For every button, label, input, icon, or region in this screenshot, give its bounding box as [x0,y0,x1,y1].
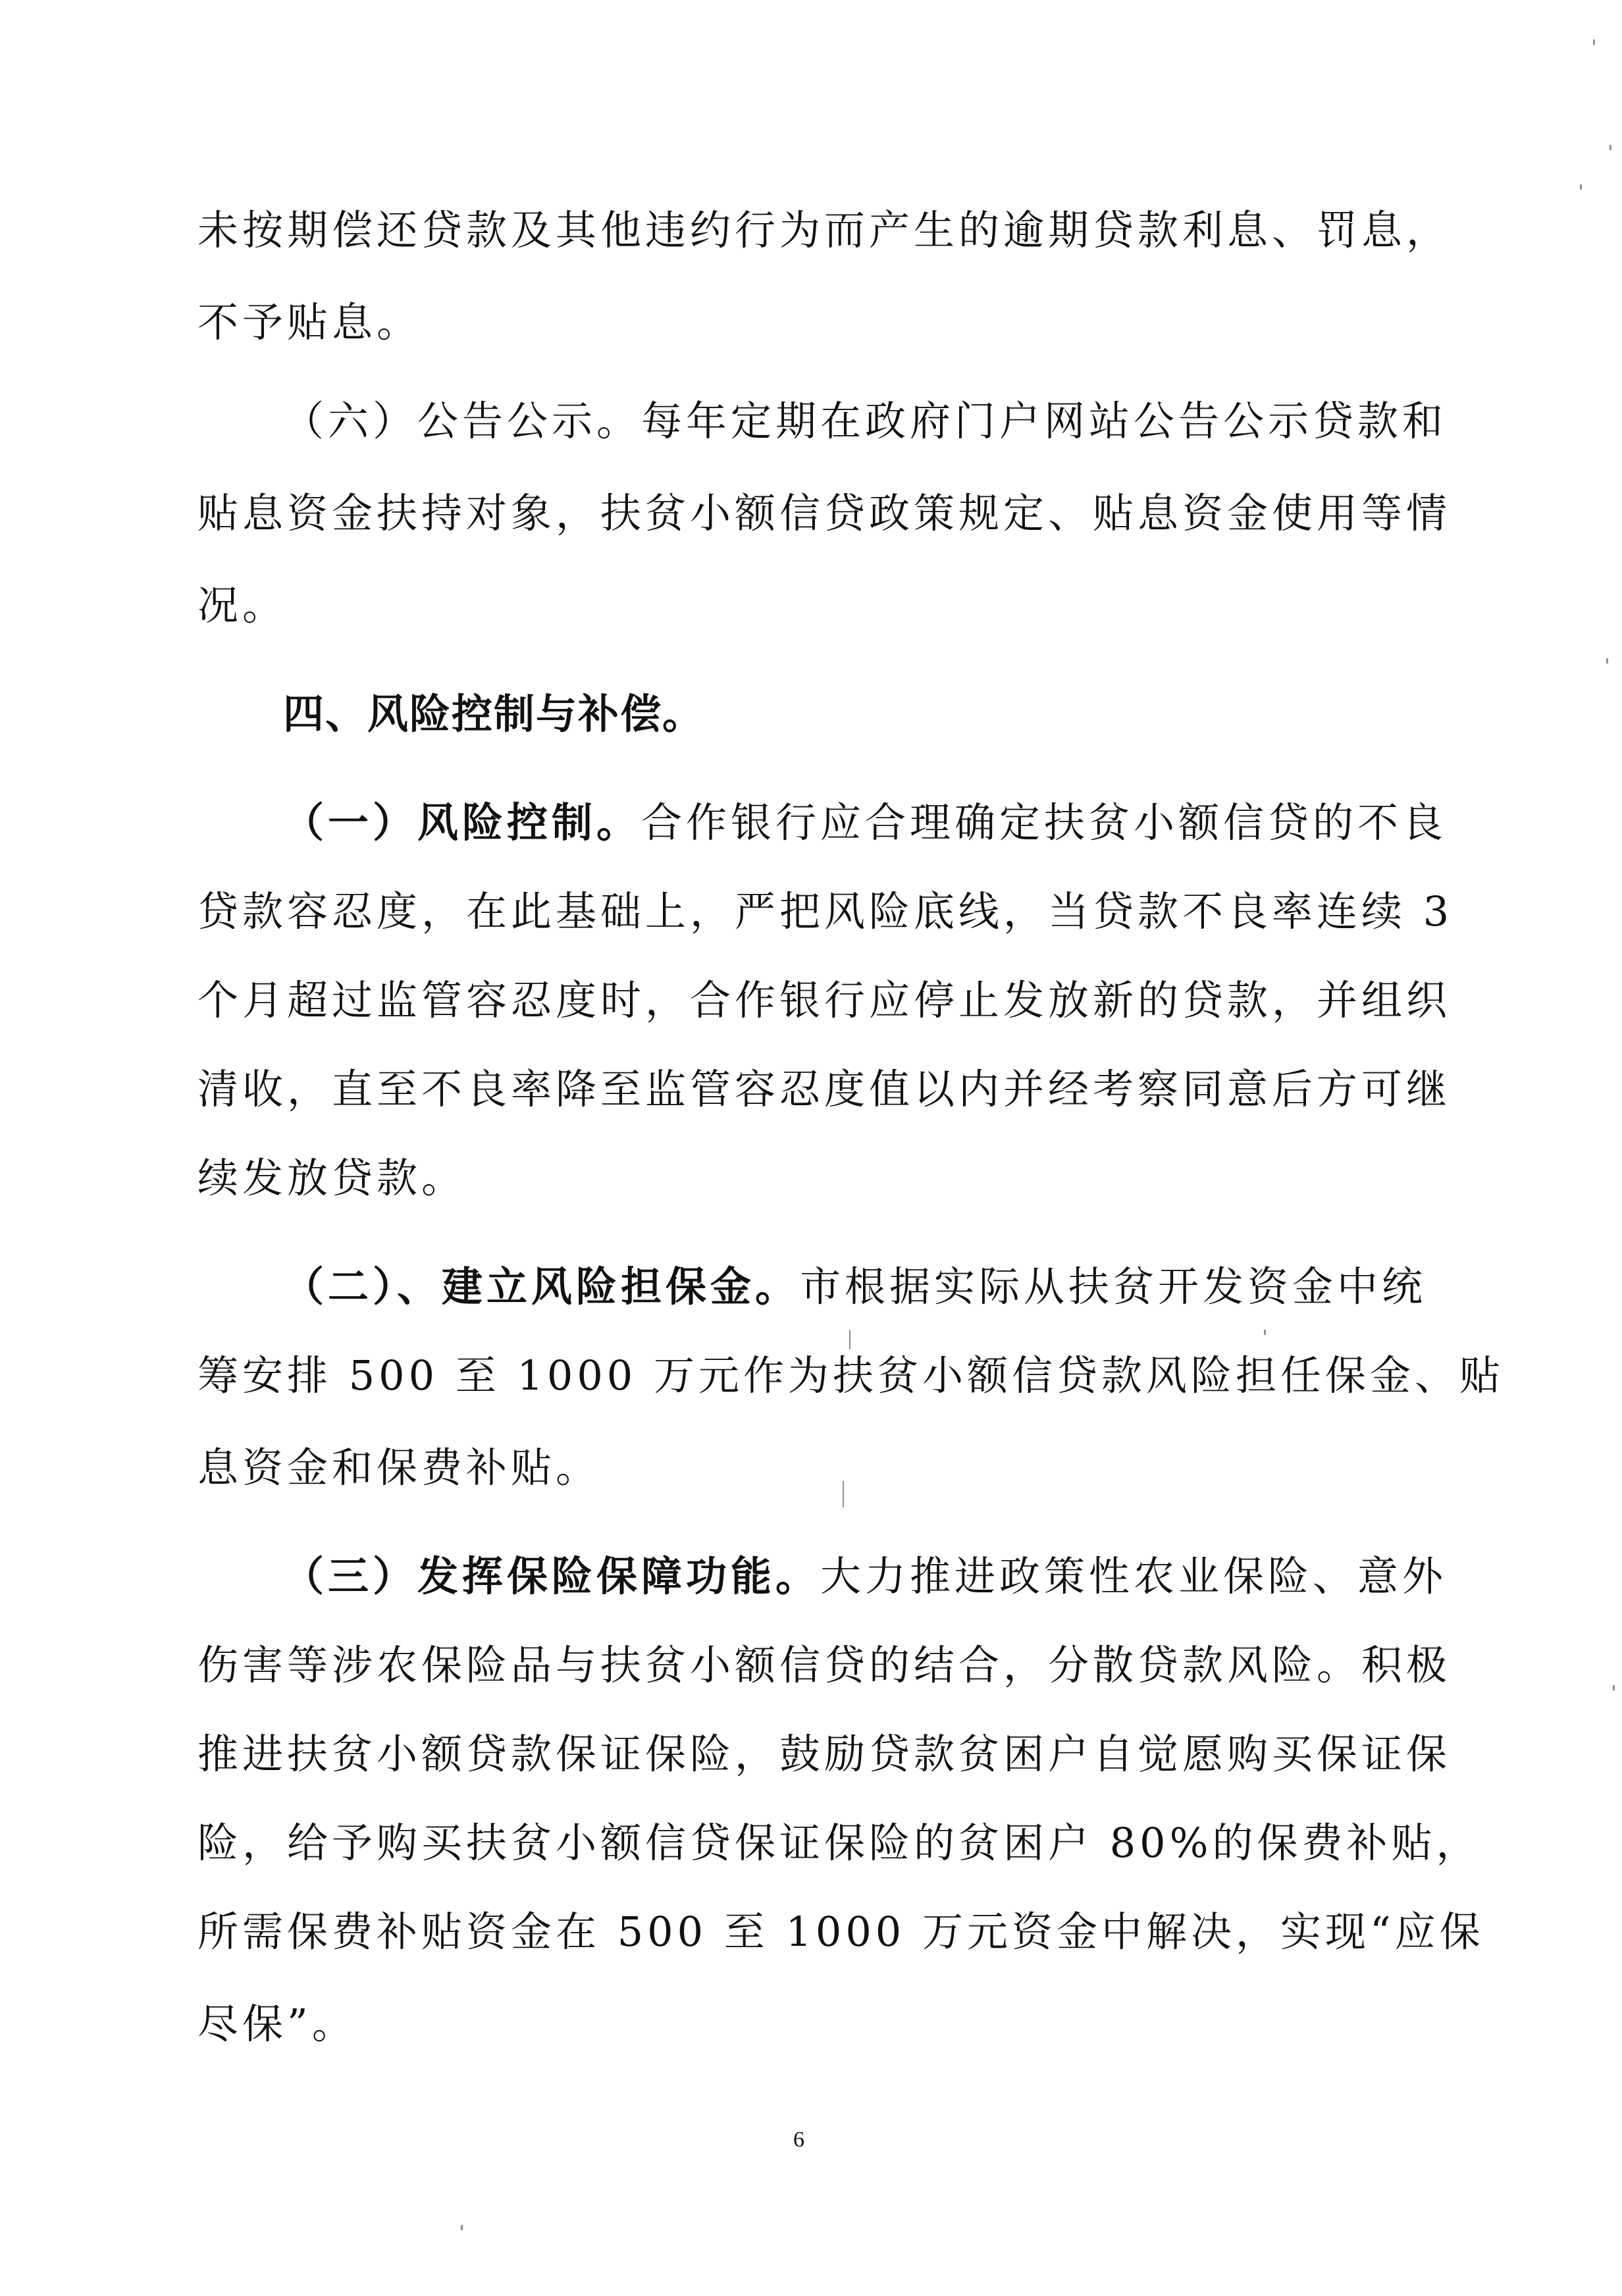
section-6-line: （六）公告公示。每年定期在政府门户网站公告公示贷款和 [283,395,1534,448]
subsection-3-line: （三）发挥保险保障功能。大力推进政策性农业保险、意外 [283,1550,1534,1603]
paragraph-line: 续发放贷款。 [197,1152,1448,1205]
paragraph-line: 不予贴息。 [197,296,1448,349]
section-heading: 四、风险控制与补偿。 [283,688,1534,741]
paragraph-line: 清收，直至不良率降至监管容忍度值以内并经考察同意后方可继 [197,1063,1448,1116]
section-6-label: （六）公告公示。 [283,397,641,445]
paragraph-line: 筹安排 500 至 1000 万元作为扶贫小额信贷款风险担任保金、贴 [197,1349,1448,1402]
paragraph-line: 尽保”。 [197,1998,1448,2050]
subsection-1-label: （一）风险控制。 [283,798,641,847]
subsection-2-label: （二）、建立风险担保金。 [283,1263,800,1311]
subsection-1-line: （一）风险控制。合作银行应合理确定扶贫小额信贷的不良 [283,796,1534,849]
subsection-2-line: （二）、建立风险担保金。市根据实际从扶贫开发资金中统 [283,1261,1534,1313]
paragraph-line: 贷款容忍度，在此基础上，严把风险底线，当贷款不良率连续 3 [197,885,1448,938]
paragraph-line: 息资金和保费补贴。 [197,1442,1448,1494]
page-number: 6 [793,2127,804,2152]
paragraph-line: 伤害等涉农保险品与扶贫小额信贷的结合，分散贷款风险。积极 [197,1639,1448,1692]
paragraph-line: 所需保费补贴资金在 500 至 1000 万元资金中解决，实现“应保 [197,1906,1448,1958]
paragraph-line: 况。 [197,579,1448,632]
paragraph-line: 未按期偿还贷款及其他违约行为而产生的逾期贷款利息、罚息， [197,204,1448,257]
document-page: 未按期偿还贷款及其他违约行为而产生的逾期贷款利息、罚息， 不予贴息。 （六）公告… [0,0,1622,2296]
paragraph-line: 个月超过监管容忍度时，合作银行应停止发放新的贷款，并组织 [197,974,1448,1027]
paragraph-line: 险，给予购买扶贫小额信贷保证保险的贫困户 80%的保费补贴， [197,1817,1448,1869]
paragraph-line: 推进扶贫小额贷款保证保险，鼓励贷款贫困户自觉愿购买保证保 [197,1728,1448,1781]
subsection-3-label: （三）发挥保险保障功能。 [283,1552,820,1600]
paragraph-line: 贴息资金扶持对象，扶贫小额信贷政策规定、贴息资金使用等情 [197,487,1448,540]
